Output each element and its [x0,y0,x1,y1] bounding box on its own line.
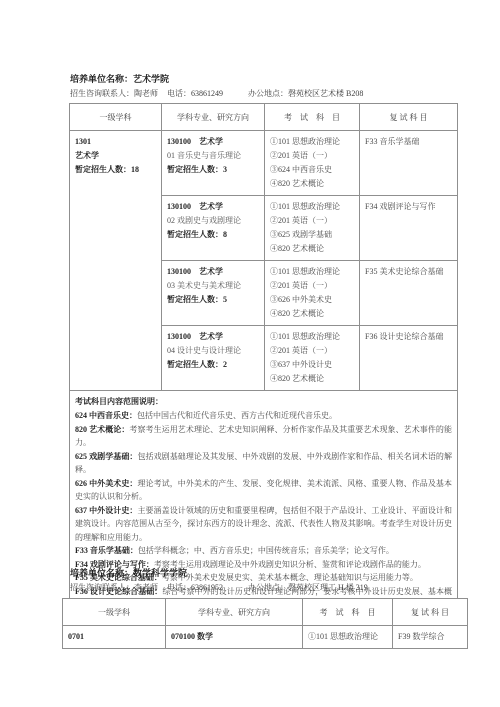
note-line: 625 戏剧学基础：包括戏剧基础理论及其发展、中外戏剧的发展、中外戏剧作家和作品… [75,450,452,477]
program-cell: 130100 艺术学 03 美术史与美术理论 暂定招生人数：5 [162,261,265,326]
contact-office: 办公地点：磬苑校区理工 H 楼 319 [248,583,368,592]
admissions-table-art: 一级学科 学科专业、研究方向 考 试 科 目 复 试 科 目 1301 艺术学 … [69,103,458,617]
section2-title: 培养单位名称：数学科学学院 [70,566,187,579]
exam-subject-line: ①101 思想政治理论 [270,200,354,214]
exam-subject-line: ②201 英语（一） [270,279,354,293]
program-name: 130100 艺术学 [167,330,259,344]
note-label: 637 中外设计史： [75,506,137,515]
retest-subject-cell: F35 美术史论综合基础 [360,261,458,326]
exam-subject-line: ③637 中外设计史 [270,358,354,372]
retest-subject: F34 戏剧评论与写作 [365,200,452,214]
discipline-cell: 1301 艺术学 暂定招生人数：18 [70,131,162,391]
exam-subjects-cell: ①101 思想政治理论 [303,626,393,649]
exam-subject-line: ④820 艺术概论 [270,372,354,386]
exam-subjects-cell: ①101 思想政治理论 ②201 英语（一） ③626 中外美术史 ④820 艺… [265,261,360,326]
exam-subject-line: ①101 思想政治理论 [270,265,354,279]
admissions-table-math: 一级学科 学科专业、研究方向 考 试 科 目 复 试 科 目 0701 0701… [62,598,468,649]
contact-phone: 电话：63861952 [167,583,223,592]
note-line: 820 艺术概论：考察考生运用艺术理论、艺术史知识阐释、分析作家作品及其重要艺术… [75,423,452,450]
exam-subjects-cell: ①101 思想政治理论 ②201 英语（一） ③637 中外设计史 ④820 艺… [265,326,360,391]
program-quota: 暂定招生人数：5 [167,293,259,307]
discipline-code: 0701 [68,630,160,644]
contact-phone: 电话：63861249 [167,89,223,98]
program-name: 130100 艺术学 [167,200,259,214]
discipline-code: 1301 [75,135,156,149]
exam-subject-line: ②201 英语（一） [270,149,354,163]
note-label: 624 中西音乐史： [75,411,137,420]
note-line: F33 音乐学基础：包括学科概念；中、西方音乐史；中国传统音乐；音乐美学；论文写… [75,544,452,558]
note-line: 626 中外美术史：理论考试，中外美术的产生、发展、变化规律、美术流派、风格、重… [75,477,452,504]
header-exam-subjects: 考 试 科 目 [265,104,360,131]
retest-subject-cell: F33 音乐学基础 [360,131,458,196]
section1-title: 培养单位名称：艺术学院 [70,72,169,85]
retest-subject: F39 数学综合 [398,630,462,644]
note-text: 包括学科概念；中、西方音乐史；中国传统音乐；音乐美学；论文写作。 [138,546,394,555]
discipline-quota: 暂定招生人数：18 [75,163,156,177]
retest-subject-cell: F36 设计史论综合基础 [360,326,458,391]
note-text: 包括中国古代和近代音乐史、西方古代和近现代音乐史。 [137,411,337,420]
note-text: 考察中外美术史发展史实、美术基本概念、理论基础知识与运用能力等。 [162,573,418,582]
program-name: 130100 艺术学 [167,135,259,149]
exam-subject-line: ③626 中外美术史 [270,293,354,307]
notes-title: 考试科目内容范围说明： [75,395,452,409]
exam-subject-line: ③624 中西音乐史 [270,163,354,177]
note-label: 626 中外美术史： [75,479,137,488]
exam-subject-line: ①101 思想政治理论 [270,330,354,344]
note-label: F33 音乐学基础： [75,546,138,555]
retest-subject-cell: F39 数学综合 [393,626,468,649]
exam-subject-line: ②201 英语（一） [270,214,354,228]
note-label: 625 戏剧学基础： [75,452,137,461]
retest-subject: F35 美术史论综合基础 [365,265,452,279]
table-row: 1301 艺术学 暂定招生人数：18 130100 艺术学 01 音乐史与音乐理… [70,131,458,196]
exam-subjects-cell: ①101 思想政治理论 ②201 英语（一） ③624 中西音乐史 ④820 艺… [265,131,360,196]
discipline-name: 艺术学 [75,149,156,163]
research-direction: 04 设计史与设计理论 [167,344,259,358]
exam-subject-line: ④820 艺术概论 [270,242,354,256]
contact-person: 招生咨询联系人：李老师 [70,583,158,592]
discipline-cell: 0701 [63,626,166,649]
section2-contact-line: 招生咨询联系人：李老师电话：63861952办公地点：磬苑校区理工 H 楼 31… [70,582,368,593]
note-line: 624 中西音乐史：包括中国古代和近代音乐史、西方古代和近现代音乐史。 [75,409,452,423]
research-direction: 01 音乐史与音乐理论 [167,149,259,163]
note-text: 考察考生运用戏剧理论及中外戏剧史知识分析、鉴赏和评论戏剧作品的能力。 [154,560,426,569]
program-cell: 130100 艺术学 01 音乐史与音乐理论 暂定招生人数：3 [162,131,265,196]
header-exam-subjects: 考 试 科 目 [303,599,393,626]
exam-subject-line: ④820 艺术概论 [270,177,354,191]
program-quota: 暂定招生人数：2 [167,358,259,372]
note-label: 820 艺术概论： [75,425,129,434]
research-direction: 02 戏剧史与戏剧理论 [167,214,259,228]
research-direction: 03 美术史与美术理论 [167,279,259,293]
retest-subject: F36 设计史论综合基础 [365,330,452,344]
header-program-direction: 学科专业、研究方向 [166,599,303,626]
exam-subjects-cell: ①101 思想政治理论 ②201 英语（一） ③625 戏剧学基础 ④820 艺… [265,196,360,261]
exam-subject-line: ①101 思想政治理论 [270,135,354,149]
header-retest-subjects: 复 试 科 目 [360,104,458,131]
note-line: 637 中外设计史：主要涵盖设计领域的历史和重要里程碑，包括但不限于产品设计、工… [75,504,452,545]
table-row: 0701 070100 数学 ①101 思想政治理论 F39 数学综合 [63,626,468,649]
header-first-level-discipline: 一级学科 [63,599,166,626]
retest-subject-cell: F34 戏剧评论与写作 [360,196,458,261]
header-retest-subjects: 复 试 科 目 [393,599,468,626]
program-cell: 130100 艺术学 02 戏剧史与戏剧理论 暂定招生人数：8 [162,196,265,261]
retest-subject: F33 音乐学基础 [365,135,452,149]
section1-contact-line: 招生咨询联系人：陶老师电话：63861249办公地点：磬苑校区艺术楼 B208 [70,88,363,99]
program-name: 070100 数学 [171,630,297,644]
contact-person: 招生咨询联系人：陶老师 [70,89,158,98]
table-header-row: 一级学科 学科专业、研究方向 考 试 科 目 复 试 科 目 [63,599,468,626]
header-program-direction: 学科专业、研究方向 [162,104,265,131]
exam-subject-line: ④820 艺术概论 [270,307,354,321]
table-header-row: 一级学科 学科专业、研究方向 考 试 科 目 复 试 科 目 [70,104,458,131]
header-first-level-discipline: 一级学科 [70,104,162,131]
program-name: 130100 艺术学 [167,265,259,279]
contact-office: 办公地点：磬苑校区艺术楼 B208 [248,89,363,98]
exam-subject-line: ①101 思想政治理论 [308,630,387,644]
note-text: 考察考生运用艺术理论、艺术史知识阐释、分析作家作品及其重要艺术现象、艺术事件的能… [75,425,452,448]
document-page: 培养单位名称：艺术学院 招生咨询联系人：陶老师电话：63861249办公地点：磬… [0,0,500,707]
program-cell: 070100 数学 [166,626,303,649]
program-cell: 130100 艺术学 04 设计史与设计理论 暂定招生人数：2 [162,326,265,391]
exam-subject-line: ②201 英语（一） [270,344,354,358]
program-quota: 暂定招生人数：3 [167,163,259,177]
program-quota: 暂定招生人数：8 [167,228,259,242]
exam-subject-line: ③625 戏剧学基础 [270,228,354,242]
